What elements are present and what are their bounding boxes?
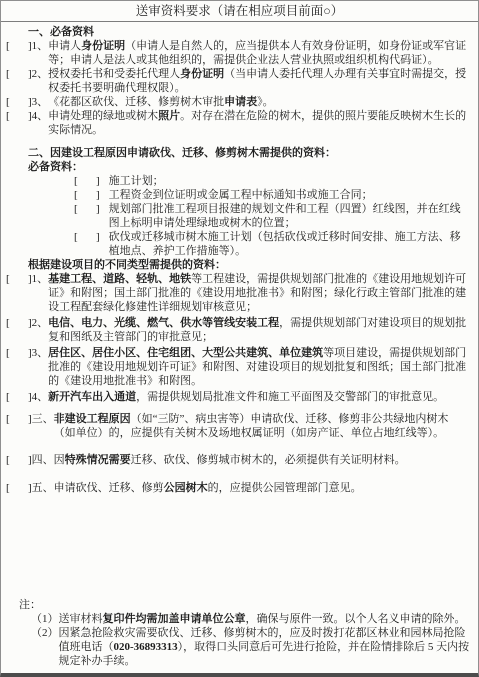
item-text-pre: 申请砍伐、迁移、修剪 — [54, 482, 164, 494]
document-page: 送审资料要求（请在相应项目前面○） 一、必备资料 [ ]1、 申请人身份证明（申… — [0, 0, 479, 677]
checklist-item-1-2: [ ]2、 授权委托书和受委托代理人身份证明（当申请人委托代理人办理有关事宜时需… — [5, 67, 470, 95]
item-text-bold: 照片 — [158, 110, 180, 122]
checklist-item-1-3: [ ]3、 《花都区砍伐、迁移、修剪树木审批申请表》。 — [5, 95, 470, 109]
checklist-subitem-4: [ ] 砍伐或迁移城市树木施工计划（包括砍伐或迁移时间安排、施工方法、移植地点、… — [73, 230, 470, 258]
item-number: ]3、 — [28, 346, 48, 360]
item-text: 申请砍伐、迁移、修剪公园树木的，应提供公园管理部门意见。 — [54, 481, 470, 495]
checklist-item-2-2: [ ]2、 电信、电力、光缆、燃气、供水等管线安装工程，需提供规划部门对建设项目… — [5, 316, 470, 344]
item-text: 授权委托书和受委托代理人身份证明（当申请人委托代理人办理有关事宜时需提交，授权委… — [48, 67, 470, 95]
item-text-bold: 身份证明 — [81, 40, 125, 52]
item-text: 电信、电力、光缆、燃气、供水等管线安装工程，需提供规划部门对建设项目的规划批复和… — [48, 316, 470, 344]
document-title: 送审资料要求（请在相应项目前面○） — [1, 1, 478, 22]
section2-subheading: 必备资料： — [28, 160, 470, 174]
checklist-item-2-1: [ ]1、 基建工程、道路、轻轨、地铁等工程建设，需提供规划部门批准的《建设用地… — [5, 272, 470, 314]
item-text: 砍伐或迁移城市树木施工计划（包括砍伐或迁移时间安排、施工方法、移植地点、养护工作… — [109, 230, 470, 258]
checklist-item-4: [ ]四、 因特殊情况需要迁移、砍伐、修剪城市树木的，必须提供有关证明材料。 — [5, 453, 470, 467]
checkbox-bracket: [ — [5, 95, 28, 109]
checkbox-bracket: [ — [5, 109, 28, 123]
item-text-bold: 居住区、居住小区、住宅组团、大型公共建筑、单位建筑 — [48, 347, 323, 359]
checkbox-bracket-close: ] — [96, 188, 100, 202]
item-text-bold: 非建设工程原因 — [54, 413, 131, 425]
item-text-pre: 因 — [54, 454, 65, 466]
item-number: ]4、 — [28, 109, 48, 123]
item-text-bold: 基建工程、道路、轻轨、地铁 — [48, 273, 191, 285]
note-text-pre: 送审材料 — [59, 613, 103, 625]
checkbox-bracket: [ — [73, 202, 96, 216]
checkbox-bracket: [ — [5, 346, 28, 360]
note-text-bold: 020-36893313 — [114, 641, 178, 653]
item-number: ]四、 — [28, 453, 54, 467]
checkbox-bracket: [ — [73, 230, 96, 244]
item-text: 工程资金到位证明或金属工程中标通知书或施工合同； — [109, 188, 470, 202]
item-text-bold: 申请表 — [224, 96, 257, 108]
item-text: 居住区、居住小区、住宅组团、大型公共建筑、单位建筑等项目建设，需提供规划部门批准… — [48, 346, 470, 388]
item-text: 因特殊情况需要迁移、砍伐、修剪城市树木的，必须提供有关证明材料。 — [54, 453, 470, 467]
item-text: 基建工程、道路、轻轨、地铁等工程建设，需提供规划部门批准的《建设用地规划许可证》… — [48, 272, 470, 314]
checkbox-bracket: [ — [5, 412, 28, 426]
item-text-pre: 申请处理的绿地或树木 — [48, 110, 158, 122]
checkbox-bracket: [ — [73, 174, 96, 188]
note-text-post: ，确保与原件一致。以个人名义申请的除外。 — [246, 613, 466, 625]
item-text-pre: 《花都区砍伐、迁移、修剪树木审批 — [48, 96, 224, 108]
item-number: ]五、 — [28, 481, 54, 495]
item-text: 申请人身份证明（申请人是自然人的，应当提供本人有效身份证明，如身份证或军官证等；… — [48, 39, 470, 67]
notes-heading: 注： — [19, 598, 470, 612]
item-text-post: 》。 — [257, 96, 274, 108]
checklist-item-1-1: [ ]1、 申请人身份证明（申请人是自然人的，应当提供本人有效身份证明，如身份证… — [5, 39, 470, 67]
item-text-pre: 授权委托书和受委托代理人 — [48, 68, 180, 80]
section2-heading: 二、因建设工程原因申请砍伐、迁移、修剪树木需提供的资料： — [28, 146, 470, 160]
section2-type-heading: 根据建设项目的不同类型需提供的资料： — [28, 258, 470, 272]
item-text-bold: 新开汽车出入通道 — [48, 391, 136, 403]
checklist-item-5: [ ]五、 申请砍伐、迁移、修剪公园树木的，应提供公园管理部门意见。 — [5, 481, 470, 495]
note-item-2: （2） 因紧急抢险救灾需要砍伐、迁移、修剪树木的，应及时拨打花都区林业和园林局抢… — [31, 626, 470, 668]
checklist-item-3: [ ]三、 非建设工程原因（如“三防”、病虫害等）申请砍伐、迁移、修剪非公共绿地… — [5, 412, 470, 440]
item-number: ]2、 — [28, 67, 48, 81]
note-text-bold: 复印件均需加盖申请单位公章 — [103, 613, 246, 625]
item-text-pre: 申请人 — [48, 40, 81, 52]
checklist-item-2-4: [ ]4、 新开汽车出入通道，需提供规划局批准文件和施工平面图及交警部门的审批意… — [5, 390, 470, 404]
checkbox-bracket: [ — [5, 390, 28, 404]
checkbox-bracket-close: ] — [96, 174, 100, 188]
item-text: 新开汽车出入通道，需提供规划局批准文件和施工平面图及交警部门的审批意见。 — [48, 390, 470, 404]
item-text-post: ，需提供规划局批准文件和施工平面图及交警部门的审批意见。 — [136, 391, 444, 403]
checkbox-bracket-close: ] — [96, 202, 100, 216]
item-number: ]三、 — [28, 412, 54, 426]
checkbox-bracket: [ — [73, 188, 96, 202]
checkbox-bracket: [ — [5, 453, 28, 467]
item-text-bold: 身份证明 — [180, 68, 224, 80]
item-text-bold: 公园树木 — [164, 482, 208, 494]
checklist-item-2-3: [ ]3、 居住区、居住小区、住宅组团、大型公共建筑、单位建筑等项目建设，需提供… — [5, 346, 470, 388]
checklist-item-1-4: [ ]4、 申请处理的绿地或树木照片。对存在潜在危险的树木，提供的照片要能反映树… — [5, 109, 470, 137]
item-number: ]1、 — [28, 272, 48, 286]
checklist-subitem-1: [ ] 施工计划； — [73, 174, 470, 188]
document-body: 一、必备资料 [ ]1、 申请人身份证明（申请人是自然人的，应当提供本人有效身份… — [1, 22, 478, 495]
checklist-subitem-3: [ ] 规划部门批准工程项目报建的规划文件和工程（四置）红线图，并在红线图上标明… — [73, 202, 470, 230]
item-text: 《花都区砍伐、迁移、修剪树木审批申请表》。 — [48, 95, 470, 109]
notes-section: 注： （1） 送审材料复印件均需加盖申请单位公章，确保与原件一致。以个人名义申请… — [5, 598, 470, 668]
item-text: 非建设工程原因（如“三防”、病虫害等）申请砍伐、迁移、修剪非公共绿地内树木（如单… — [54, 412, 470, 440]
note-number: （2） — [31, 626, 59, 668]
note-item-1: （1） 送审材料复印件均需加盖申请单位公章，确保与原件一致。以个人名义申请的除外… — [31, 612, 470, 626]
checkbox-bracket: [ — [5, 316, 28, 330]
checkbox-bracket: [ — [5, 481, 28, 495]
checkbox-bracket: [ — [5, 39, 28, 53]
note-text: 送审材料复印件均需加盖申请单位公章，确保与原件一致。以个人名义申请的除外。 — [59, 612, 471, 626]
checklist-subitem-2: [ ] 工程资金到位证明或金属工程中标通知书或施工合同； — [73, 188, 470, 202]
section1-heading: 一、必备资料 — [28, 25, 470, 39]
item-number: ]2、 — [28, 316, 48, 330]
item-text: 施工计划； — [109, 174, 470, 188]
item-number: ]3、 — [28, 95, 48, 109]
note-text: 因紧急抢险救灾需要砍伐、迁移、修剪树木的，应及时拨打花都区林业和园林局抢险值班电… — [59, 626, 471, 668]
item-text-post: 迁移、砍伐、修剪城市树木的，必须提供有关证明材料。 — [131, 454, 406, 466]
item-text-post: 的，应提供公园管理部门意见。 — [208, 482, 362, 494]
item-number: ]1、 — [28, 39, 48, 53]
item-text: 申请处理的绿地或树木照片。对存在潜在危险的树木，提供的照片要能反映树木生长的实际… — [48, 109, 470, 137]
item-text: 规划部门批准工程项目报建的规划文件和工程（四置）红线图，并在红线图上标明申请处理… — [109, 202, 470, 230]
item-number: ]4、 — [28, 390, 48, 404]
checkbox-bracket-close: ] — [96, 230, 100, 244]
item-text-bold: 电信、电力、光缆、燃气、供水等管线安装工程 — [48, 317, 279, 329]
item-text-bold: 特殊情况需要 — [65, 454, 131, 466]
checkbox-bracket: [ — [5, 67, 28, 81]
note-number: （1） — [31, 612, 59, 626]
checkbox-bracket: [ — [5, 272, 28, 286]
